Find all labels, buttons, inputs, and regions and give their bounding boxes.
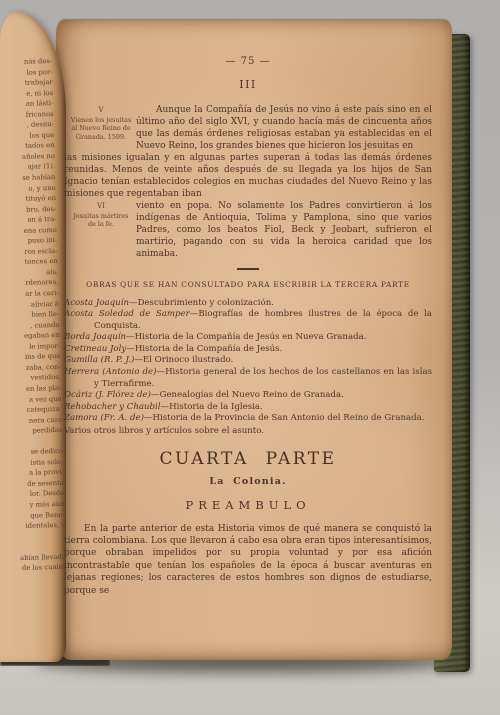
bibliography-entry: Ocáriz (J. Flórez de)—Genealogías del Nu…	[64, 390, 432, 402]
paragraph-segment-c-text: viento en popa. No solamente los Padres …	[136, 201, 432, 259]
bib-work: —Genealogías del Nuevo Reino de Granada.	[151, 390, 344, 400]
bibliography-entry: Cretineau Joly—Historia de la Compañía d…	[64, 344, 432, 356]
margin-note-v: VVienen los jesuitas al Nuevo Reino de G…	[70, 106, 132, 141]
margin-note-v-numeral: V	[70, 106, 132, 115]
bib-work: —Historia de la Compañía de Jesús.	[126, 344, 282, 354]
bib-author: Rehobacher y Chaubil	[64, 402, 161, 412]
bibliography-entry: Herrera (Antonio de)—Historia general de…	[64, 367, 432, 390]
bib-author: Acosta Soledad de Samper	[64, 309, 190, 319]
bib-work: —Descubrimiento y colonización.	[129, 298, 274, 308]
section-heading: III	[64, 79, 432, 91]
bibliography-entry: Acosta Soledad de Samper—Biografías de h…	[64, 309, 432, 332]
bibliography-footer: Varios otros libros y artículos sobre el…	[64, 426, 432, 438]
bib-work: —Historia de la Iglesia.	[161, 402, 263, 412]
section-divider-rule	[237, 268, 259, 270]
bibliography-entry: Rehobacher y Chaubil—Historia de la Igle…	[64, 402, 432, 414]
part-subtitle: La Colonia.	[64, 476, 432, 488]
works-consulted-heading: OBRAS QUE SE HAN CONSULTADO PARA ESCRIBI…	[64, 279, 432, 291]
bib-author: Zamora (Fr. A. de)	[64, 413, 144, 423]
bib-work: —Historia de la Compañía de Jesús en Nue…	[126, 332, 366, 342]
margin-note-vi-text: Jesuitas mártires de la fe.	[73, 212, 128, 229]
paragraph-segment-b: las misiones igualan y en algunas partes…	[64, 152, 432, 200]
paragraph-segment-c: VIJesuitas mártires de la fe. viento en …	[64, 200, 432, 260]
bib-work: —Historia de la Provincia de San Antonio…	[144, 413, 425, 423]
bibliography-list: Acosta Joaquín—Descubrimiento y coloniza…	[64, 298, 432, 426]
chapter-heading: PREAMBULO	[64, 499, 432, 511]
paragraph-segment-a-text: Aunque la Compañía de Jesús no vino á es…	[136, 105, 432, 151]
bibliography-entry: Gumilla (R. P. J.)—El Orinoco ilustrado.	[64, 355, 432, 367]
part-title: CUARTA PARTE	[64, 453, 432, 465]
paragraph-segment-a: VVienen los jesuitas al Nuevo Reino de G…	[64, 104, 432, 152]
bib-author: Acosta Joaquín	[64, 298, 129, 308]
bib-author: Borda Joaquín	[64, 332, 126, 342]
book-photo: { "colors": { "background_grey": "#b3b1a…	[0, 0, 500, 715]
bib-author: Gumilla (R. P. J.)	[64, 355, 134, 365]
preamble-paragraph: En la parte anterior de esta Historia vi…	[64, 523, 432, 597]
bib-author: Ocáriz (J. Flórez de)	[64, 390, 151, 400]
page-content: — 75 — III VVienen los jesuitas al Nuevo…	[64, 56, 432, 597]
bib-author: Cretineau Joly	[64, 344, 126, 354]
bib-author: Herrera (Antonio de)	[64, 367, 156, 377]
margin-note-vi-numeral: VI	[70, 202, 132, 211]
margin-note-vi: VIJesuitas mártires de la fe.	[70, 202, 132, 229]
bibliography-entry: Borda Joaquín—Historia de la Compañía de…	[64, 332, 432, 344]
page-number: — 75 —	[64, 56, 432, 68]
bibliography-entry: Acosta Joaquín—Descubrimiento y coloniza…	[64, 298, 432, 310]
bib-work: —El Orinoco ilustrado.	[134, 355, 233, 365]
paragraph-segment-b-text: las misiones igualan y en algunas partes…	[64, 153, 432, 199]
margin-note-v-text: Vienen los jesuitas al Nuevo Reino de Gr…	[71, 116, 131, 141]
bibliography-entry: Zamora (Fr. A. de)—Historia de la Provin…	[64, 413, 432, 425]
